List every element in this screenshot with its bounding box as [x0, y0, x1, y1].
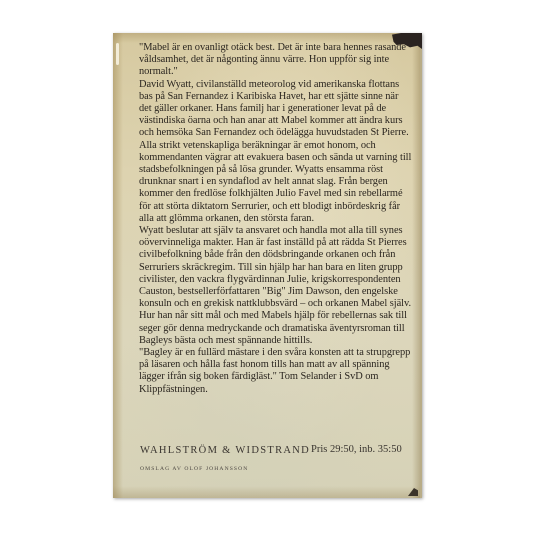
blurb-text: "Mabel är en ovanligt otäck best. Det är… [139, 42, 413, 396]
cover-credit: OMSLAG AV OLOF JOHANSSON [140, 466, 248, 472]
price-label: Pris 29:50, inb. 35:50 [311, 444, 402, 455]
blurb-paragraph: Hur han når sitt mål och med Mabels hjäl… [139, 310, 413, 347]
corner-wear [408, 488, 418, 496]
blurb-paragraph: Alla strikt vetenskapliga beräkningar är… [139, 140, 413, 225]
blurb-paragraph: Wyatt beslutar att själv ta ansvaret och… [139, 225, 413, 310]
blurb-quote: "Mabel är en ovanligt otäck best. Det är… [139, 42, 413, 79]
edge-wear [116, 43, 119, 65]
review-quote: "Bagley är en fullärd mästare i den svår… [139, 347, 413, 396]
publisher-name: WAHLSTRÖM & WIDSTRAND [140, 445, 310, 456]
book-back-cover: "Mabel är en ovanligt otäck best. Det är… [113, 33, 422, 498]
blurb-paragraph: David Wyatt, civilanställd meteorolog vi… [139, 79, 413, 140]
